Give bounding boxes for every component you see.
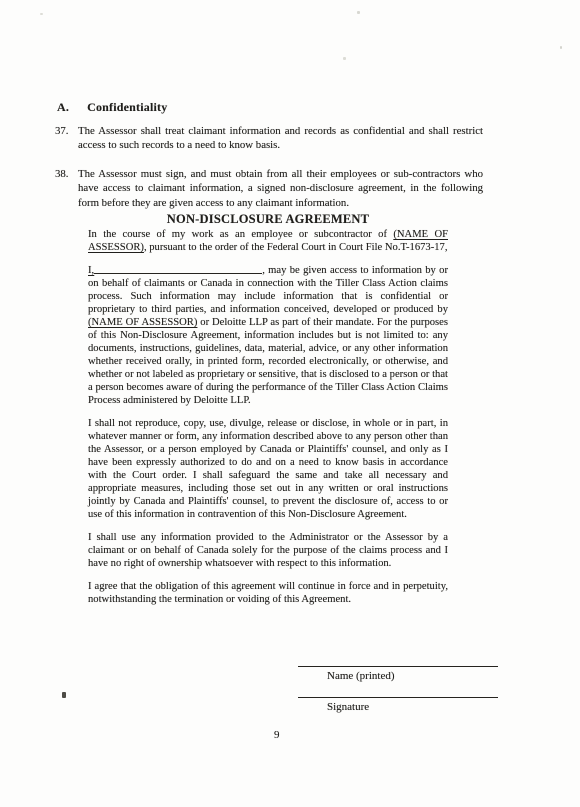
nda-paragraph: I shall not reproduce, copy, use, divulg…	[88, 417, 448, 521]
section-title: Confidentiality	[87, 100, 167, 114]
signature-line	[298, 697, 498, 698]
section-label: A.	[57, 100, 69, 114]
scan-speck	[560, 46, 562, 49]
nda-title: NON-DISCLOSURE AGREEMENT	[88, 213, 448, 226]
name-line	[298, 666, 498, 667]
signature-entry: Signature	[298, 697, 500, 714]
item-text: The Assessor shall treat claimant inform…	[78, 124, 483, 153]
item-number: 38.	[55, 167, 78, 210]
signature-block: Name (printed) Signature	[298, 666, 500, 728]
list-item: 37. The Assessor shall treat claimant in…	[55, 124, 483, 153]
nda-fill-in-paragraph: I, , may be given access to information …	[88, 264, 448, 407]
name-entry: Name (printed)	[298, 666, 500, 683]
nda-paragraph: I shall use any information provided to …	[88, 531, 448, 570]
nda-section: NON-DISCLOSURE AGREEMENT In the course o…	[88, 213, 448, 606]
page-number: 9	[274, 729, 280, 741]
item-number: 37.	[55, 124, 78, 153]
item-text: The Assessor must sign, and must obtain …	[78, 167, 483, 210]
nda-intro-paragraph: In the course of my work as an employee …	[88, 228, 448, 254]
nda-paragraph: I agree that the obligation of this agre…	[88, 580, 448, 606]
name-label: Name (printed)	[327, 670, 500, 683]
document-page: A.Confidentiality 37. The Assessor shall…	[0, 0, 580, 807]
fill-in-blank	[94, 264, 262, 274]
scan-speck	[62, 692, 66, 698]
scan-speck	[343, 57, 346, 60]
scan-speck	[40, 13, 43, 15]
list-item: 38. The Assessor must sign, and must obt…	[55, 167, 483, 210]
section-heading: A.Confidentiality	[57, 100, 167, 115]
scan-speck	[357, 11, 360, 14]
signature-label: Signature	[327, 701, 500, 714]
